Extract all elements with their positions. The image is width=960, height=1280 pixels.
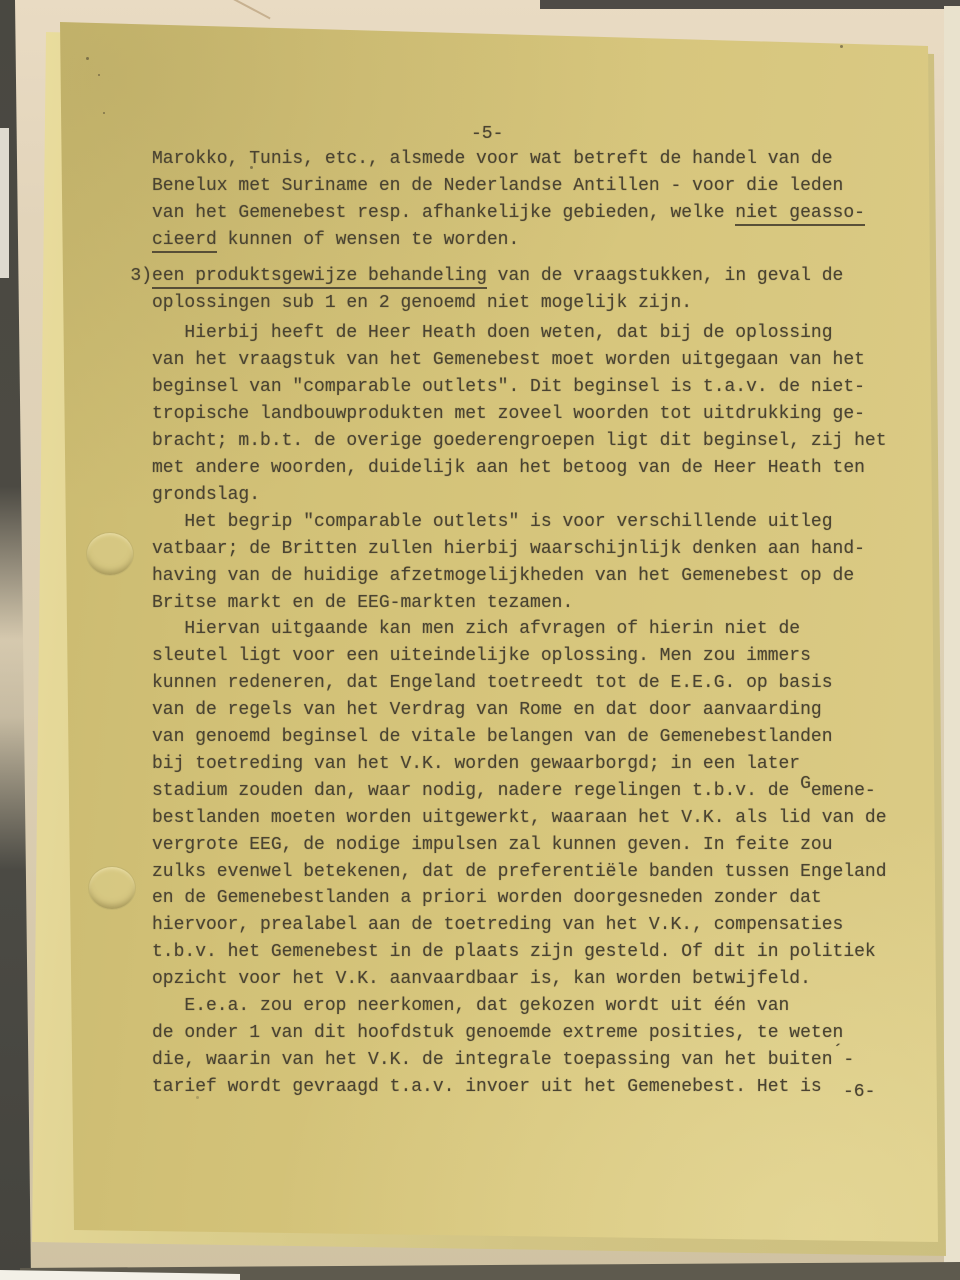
text-line: vergrote EEG, de nodige impulsen zal kun…: [152, 832, 927, 859]
text-line: Het begrip "comparable outlets" is voor …: [152, 509, 927, 536]
text-segment: tropische landbouwprodukten met zoveel w…: [152, 404, 865, 424]
text-line: having van de huidige afzetmogelijkheden…: [152, 563, 927, 590]
text-line: van het vraagstuk van het Gemenebest moe…: [152, 347, 927, 374]
superscript-text: ´: [833, 1043, 844, 1063]
underlined-text: cieerd: [152, 230, 217, 253]
text-line: Britse markt en de EEG-markten tezamen.: [152, 590, 927, 617]
text-line: en de Gemenebestlanden a priori worden d…: [152, 885, 927, 912]
text-segment: kunnen of wensen te worden.: [217, 230, 519, 250]
text-line: van de regels van het Verdrag van Rome e…: [152, 697, 927, 724]
text-segment: beginsel van "comparable outlets". Dit b…: [152, 377, 865, 397]
underlined-text: een produktsgewijze behandeling: [152, 266, 487, 289]
text-segment: having van de huidige afzetmogelijkheden…: [152, 566, 854, 586]
text-segment: van genoemd beginsel de vitale belangen …: [152, 727, 833, 747]
text-line: oplossingen sub 1 en 2 genoemd niet moge…: [152, 290, 927, 317]
scanned-document-page: -5- Marokko, Tunis, etc., alsmede voor w…: [0, 0, 960, 1280]
text-segment: bracht; m.b.t. de overige goederengroepe…: [152, 431, 887, 451]
text-segment: opzicht voor het V.K. aanvaardbaar is, k…: [152, 969, 811, 989]
text-line: stadium zouden dan, waar nodig, nadere r…: [152, 778, 927, 805]
text-segment: van de regels van het Verdrag van Rome e…: [152, 700, 822, 720]
text-segment: emene-: [811, 781, 876, 801]
text-line: Hierbij heeft de Heer Heath doen weten, …: [152, 320, 927, 347]
text-segment: Benelux met Suriname en de Nederlandse A…: [152, 176, 843, 196]
text-segment: tarief wordt gevraagd t.a.v. invoer uit …: [152, 1077, 822, 1097]
text-segment: en de Gemenebestlanden a priori worden d…: [152, 888, 822, 908]
text-segment: van het Gemenebest resp. afhankelijke ge…: [152, 203, 735, 223]
text-segment: Het begrip "comparable outlets" is voor …: [152, 512, 833, 532]
text-line: hiervoor, prealabel aan de toetreding va…: [152, 912, 927, 939]
text-line: opzicht voor het V.K. aanvaardbaar is, k…: [152, 966, 927, 993]
text-line: tropische landbouwprodukten met zoveel w…: [152, 401, 927, 428]
text-line: kunnen redeneren, dat Engeland toetreedt…: [152, 670, 927, 697]
text-line: beginsel van "comparable outlets". Dit b…: [152, 374, 927, 401]
text-line: sleutel ligt voor een uiteindelijke oplo…: [152, 643, 927, 670]
text-block: Marokko, Tunis, etc., alsmede voor wat b…: [152, 146, 927, 1101]
text-line: van het Gemenebest resp. afhankelijke ge…: [152, 200, 927, 227]
text-segment: kunnen redeneren, dat Engeland toetreedt…: [152, 673, 833, 693]
text-segment: de onder 1 van dit hoofdstuk genoemde ex…: [152, 1023, 843, 1043]
text-segment: van de vraagstukken, in geval de: [487, 266, 843, 286]
typewritten-text-layer: -5- Marokko, Tunis, etc., alsmede voor w…: [0, 0, 960, 1280]
text-line: Marokko, Tunis, etc., alsmede voor wat b…: [152, 146, 927, 173]
text-line: E.e.a. zou erop neerkomen, dat gekozen w…: [152, 993, 927, 1020]
page-number-top: -5-: [471, 124, 503, 144]
text-segment: oplossingen sub 1 en 2 genoemd niet moge…: [152, 293, 692, 313]
text-line: 3)een produktsgewijze behandeling van de…: [130, 263, 927, 290]
text-line: cieerd kunnen of wensen te worden.: [152, 227, 927, 254]
underlined-text: niet geasso-: [735, 203, 865, 226]
page-number-next: -6-: [843, 1082, 875, 1102]
text-segment: vergrote EEG, de nodige impulsen zal kun…: [152, 835, 833, 855]
text-line: Hiervan uitgaande kan men zich afvragen …: [152, 616, 927, 643]
text-segment: E.e.a. zou erop neerkomen, dat gekozen w…: [152, 996, 789, 1016]
text-line: de onder 1 van dit hoofdstuk genoemde ex…: [152, 1020, 927, 1047]
text-line: met andere woorden, duidelijk aan het be…: [152, 455, 927, 482]
text-segment: -: [843, 1050, 854, 1070]
text-line: tarief wordt gevraagd t.a.v. invoer uit …: [152, 1074, 927, 1101]
text-segment: vatbaar; de Britten zullen hierbij waars…: [152, 539, 865, 559]
text-segment: Hiervan uitgaande kan men zich afvragen …: [152, 619, 800, 639]
text-segment: grondslag.: [152, 485, 260, 505]
text-segment: bestlanden moeten worden uitgewerkt, waa…: [152, 808, 887, 828]
text-segment: die, waarin van het V.K. de integrale to…: [152, 1050, 833, 1070]
text-segment: stadium zouden dan, waar nodig, nadere r…: [152, 781, 800, 801]
text-segment: Hierbij heeft de Heer Heath doen weten, …: [152, 323, 833, 343]
text-line: zulks evenwel betekenen, dat de preferen…: [152, 859, 927, 886]
text-segment: van het vraagstuk van het Gemenebest moe…: [152, 350, 865, 370]
text-segment: t.b.v. het Gemenebest in de plaats zijn …: [152, 942, 876, 962]
text-line: t.b.v. het Gemenebest in de plaats zijn …: [152, 939, 927, 966]
text-segment: hiervoor, prealabel aan de toetreding va…: [152, 915, 843, 935]
text-segment: bij toetreding van het V.K. worden gewaa…: [152, 754, 800, 774]
text-segment: zulks evenwel betekenen, dat de preferen…: [152, 862, 887, 882]
text-segment: Marokko, Tunis, etc., alsmede voor wat b…: [152, 149, 833, 169]
text-segment: Britse markt en de EEG-markten tezamen.: [152, 593, 573, 613]
text-line: vatbaar; de Britten zullen hierbij waars…: [152, 536, 927, 563]
text-line: bestlanden moeten worden uitgewerkt, waa…: [152, 805, 927, 832]
text-line: Benelux met Suriname en de Nederlandse A…: [152, 173, 927, 200]
text-segment: met andere woorden, duidelijk aan het be…: [152, 458, 865, 478]
superscript-text: G: [800, 774, 811, 794]
text-line: die, waarin van het V.K. de integrale to…: [152, 1047, 927, 1074]
text-segment: sleutel ligt voor een uiteindelijke oplo…: [152, 646, 811, 666]
text-line: bracht; m.b.t. de overige goederengroepe…: [152, 428, 927, 455]
text-line: grondslag.: [152, 482, 927, 509]
text-segment: 3): [130, 266, 152, 286]
text-line: van genoemd beginsel de vitale belangen …: [152, 724, 927, 751]
